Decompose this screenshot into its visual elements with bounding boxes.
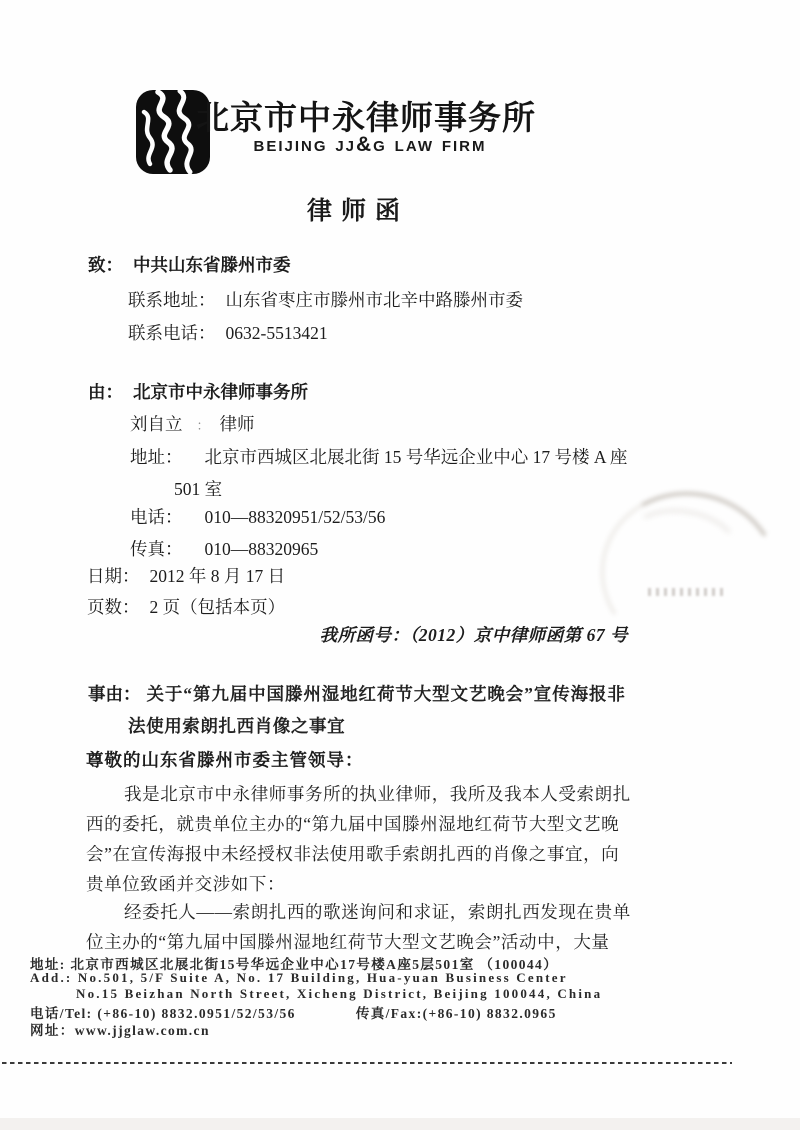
scan-edge-artifact <box>0 1118 800 1130</box>
sender-address-line: 地址：北京市西城区北展北街 15 号华远企业中心 17 号楼 A 座 <box>130 445 627 469</box>
recipient-address-line: 联系地址：山东省枣庄市滕州市北辛中路滕州市委 <box>128 288 523 312</box>
footer-fax: 传真/Fax:(+86-10) 8832.0965 <box>356 1006 557 1021</box>
body-paragraph-line: 西的委托，就贵单位主办的“第九届中国滕州湿地红荷节大型文艺晚 <box>86 811 619 836</box>
sender-address-cont: 501 室 <box>174 479 222 499</box>
pages-line: 页数：2 页（包括本页） <box>87 595 285 619</box>
sender-address: 北京市西城区北展北街 15 号华远企业中心 17 号楼 A 座 <box>205 447 628 467</box>
body-paragraph-line: 会”在宣传海报中未经授权非法使用歌手索朗扎西的肖像之事宜，向 <box>86 841 619 866</box>
subject-line-1: 事由：关于“第九届中国滕州湿地红荷节大型文艺晚会”宣传海报非 <box>88 682 626 706</box>
letter-reference-number: 我所函号：（2012）京中律师函第 67 号 <box>300 622 628 647</box>
footer-address-en1: Add.: No.501, 5/F Suite A, No. 17 Buildi… <box>30 970 568 986</box>
lawyer-separator: ： <box>197 418 210 433</box>
sender-fax: 010—88320965 <box>205 539 319 559</box>
recipient-label: 致： <box>88 253 123 277</box>
recipient-phone: 0632-5513421 <box>226 323 328 343</box>
date-line: 日期：2012 年 8 月 17 日 <box>87 564 285 588</box>
recipient-name: 中共山东省滕州市委 <box>133 255 291 275</box>
subject-text-1: 关于“第九届中国滕州湿地红荷节大型文艺晚会”宣传海报非 <box>147 684 626 704</box>
subject-line-2: 法使用索朗扎西肖像之事宜 <box>128 713 345 738</box>
date-value: 2012 年 8 月 17 日 <box>150 566 286 586</box>
scanned-lawyer-letter: { "ink_color": "#1c1c1c", "header": { "l… <box>0 0 800 1130</box>
firm-name-chinese: 北京市中永律师事务所 <box>196 92 556 139</box>
sender-tel-label: 电话： <box>130 505 183 529</box>
sender-line: 由：北京市中永律师事务所 <box>88 380 308 404</box>
lawyer-name: 刘自立 <box>130 414 183 434</box>
footer-address-en2: No.15 Beizhan North Street, Xicheng Dist… <box>76 986 602 1002</box>
cut-line-dashed-rule <box>2 1062 732 1064</box>
footer-website: 网址：www.jjglaw.com.cn <box>30 1019 210 1039</box>
body-paragraph-line: 位主办的“第九届中国滕州湿地红荷节大型文艺晚会”活动中，大量 <box>86 929 610 954</box>
body-paragraph-line: 贵单位致函并交涉如下： <box>86 871 285 896</box>
sender-tel: 010—88320951/52/53/56 <box>205 507 386 527</box>
sender-fax-label: 传真： <box>130 537 183 561</box>
pages-value: 2 页（包括本页） <box>150 597 286 617</box>
pages-label: 页数： <box>87 595 140 619</box>
faint-stamp-dots <box>648 588 728 596</box>
sender-lawyer-line: 刘自立：律师 <box>130 412 255 438</box>
recipient-address-label: 联系地址： <box>128 288 216 312</box>
salutation: 尊敬的山东省滕州市委主管领导： <box>86 748 364 772</box>
recipient-phone-line: 联系电话：0632-5513421 <box>128 321 328 345</box>
sender-tel-line: 电话：010—88320951/52/53/56 <box>130 505 385 529</box>
subject-label: 事由： <box>88 682 141 706</box>
firm-name-english: Beijing JJ&G Law Firm <box>200 133 540 157</box>
sender-address-cont-line: 501 室 <box>174 477 222 501</box>
sender-label: 由： <box>88 380 123 404</box>
lawyer-title: 律师 <box>220 414 255 434</box>
sender-fax-line: 传真：010—88320965 <box>130 537 318 561</box>
recipient-address: 山东省枣庄市滕州市北辛中路滕州市委 <box>226 290 524 310</box>
recipient-line: 致：中共山东省滕州市委 <box>88 253 291 277</box>
body-paragraph-line: 我是北京市中永律师事务所的执业律师，我所及我本人受索朗扎 <box>124 781 631 806</box>
document-title: 律师函 <box>88 191 628 227</box>
sender-name: 北京市中永律师事务所 <box>133 382 308 402</box>
recipient-phone-label: 联系电话： <box>128 321 216 345</box>
body-paragraph-line: 经委托人——索朗扎西的歌迷询问和求证，索朗扎西发现在贵单 <box>124 899 631 924</box>
sender-address-label: 地址： <box>130 445 183 469</box>
date-label: 日期： <box>87 564 140 588</box>
